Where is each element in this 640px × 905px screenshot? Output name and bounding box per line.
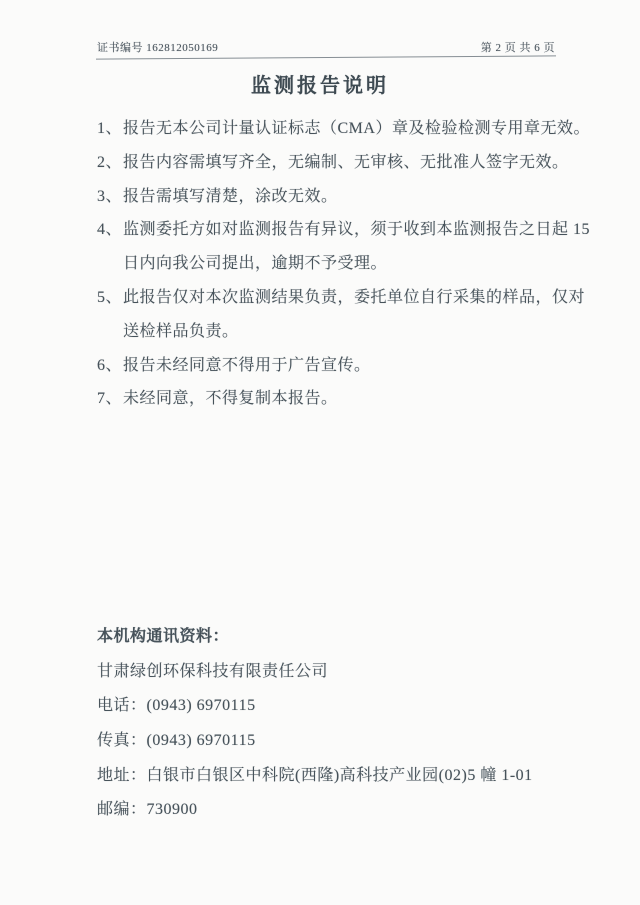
zip-value: 730900: [147, 801, 198, 818]
note-text: 报告需填写清楚，涂改无效。: [123, 180, 562, 214]
note-text: 未经同意，不得复制本报告。: [123, 382, 562, 416]
note-number: 7、: [97, 382, 123, 416]
note-item-5: 5、 此报告仅对本次监测结果负责，委托单位自行采集的样品，仅对 送检样品负责。: [97, 281, 562, 349]
contact-section: 本机构通讯资料： 甘肃绿创环保科技有限责任公司 电话：(0943) 697011…: [97, 620, 562, 828]
note-text-line: 日内向我公司提出，逾期不予受理。: [123, 247, 562, 281]
note-text-line: 送检样品负责。: [123, 315, 562, 349]
note-number: 4、: [97, 213, 123, 281]
note-text-line: 此报告仅对本次监测结果负责，委托单位自行采集的样品，仅对: [123, 281, 562, 315]
note-number: 6、: [97, 349, 123, 383]
document-page: 证书编号 162812050169 第 2 页 共 6 页 监测报告说明 1、 …: [0, 0, 640, 905]
header-rule: [96, 55, 556, 59]
note-number: 1、: [97, 112, 123, 146]
address-value: 白银市白银区中科院(西隆)高科技产业园(02)5 幢 1-01: [147, 767, 533, 784]
note-text-line: 监测委托方如对监测报告有异议，须于收到本监测报告之日起 15: [123, 213, 562, 247]
zip-line: 邮编：730900: [97, 793, 562, 828]
address-label: 地址：: [97, 767, 147, 784]
note-item-2: 2、 报告内容需填写齐全，无编制、无审核、无批准人签字无效。: [97, 146, 562, 180]
note-text-line: 报告未经同意不得用于广告宣传。: [123, 349, 562, 383]
note-item-6: 6、 报告未经同意不得用于广告宣传。: [97, 349, 562, 383]
phone-label: 电话：: [97, 697, 147, 714]
note-text: 此报告仅对本次监测结果负责，委托单位自行采集的样品，仅对 送检样品负责。: [123, 281, 562, 349]
note-text: 报告无本公司计量认证标志（CMA）章及检验检测专用章无效。: [123, 112, 562, 146]
phone-value: (0943) 6970115: [147, 697, 256, 714]
notes-list: 1、 报告无本公司计量认证标志（CMA）章及检验检测专用章无效。 2、 报告内容…: [97, 112, 562, 416]
fax-line: 传真：(0943) 6970115: [97, 724, 562, 759]
document-title: 监测报告说明: [0, 71, 640, 101]
note-text: 监测委托方如对监测报告有异议，须于收到本监测报告之日起 15 日内向我公司提出，…: [123, 213, 562, 281]
contact-heading: 本机构通讯资料：: [97, 620, 562, 655]
note-number: 3、: [97, 180, 123, 214]
note-text: 报告内容需填写齐全，无编制、无审核、无批准人签字无效。: [123, 146, 562, 180]
page-number-indicator: 第 2 页 共 6 页: [481, 42, 555, 54]
note-number: 2、: [97, 146, 123, 180]
note-item-7: 7、 未经同意，不得复制本报告。: [97, 382, 562, 416]
note-item-1: 1、 报告无本公司计量认证标志（CMA）章及检验检测专用章无效。: [97, 112, 562, 146]
fax-value: (0943) 6970115: [147, 732, 256, 749]
fax-label: 传真：: [97, 732, 147, 749]
zip-label: 邮编：: [97, 801, 147, 818]
note-text-line: 报告需填写清楚，涂改无效。: [123, 180, 562, 214]
page-header: 证书编号 162812050169 第 2 页 共 6 页: [0, 0, 640, 54]
note-number: 5、: [97, 281, 123, 349]
address-line: 地址：白银市白银区中科院(西隆)高科技产业园(02)5 幢 1-01: [97, 759, 562, 794]
certificate-number: 证书编号 162812050169: [97, 42, 218, 54]
company-name: 甘肃绿创环保科技有限责任公司: [97, 655, 562, 690]
note-text: 报告未经同意不得用于广告宣传。: [123, 349, 562, 383]
phone-line: 电话：(0943) 6970115: [97, 689, 562, 724]
note-item-3: 3、 报告需填写清楚，涂改无效。: [97, 180, 562, 214]
note-text-line: 报告无本公司计量认证标志（CMA）章及检验检测专用章无效。: [123, 112, 562, 146]
note-text-line: 未经同意，不得复制本报告。: [123, 382, 562, 416]
note-text-line: 报告内容需填写齐全，无编制、无审核、无批准人签字无效。: [123, 146, 562, 180]
note-item-4: 4、 监测委托方如对监测报告有异议，须于收到本监测报告之日起 15 日内向我公司…: [97, 213, 562, 281]
